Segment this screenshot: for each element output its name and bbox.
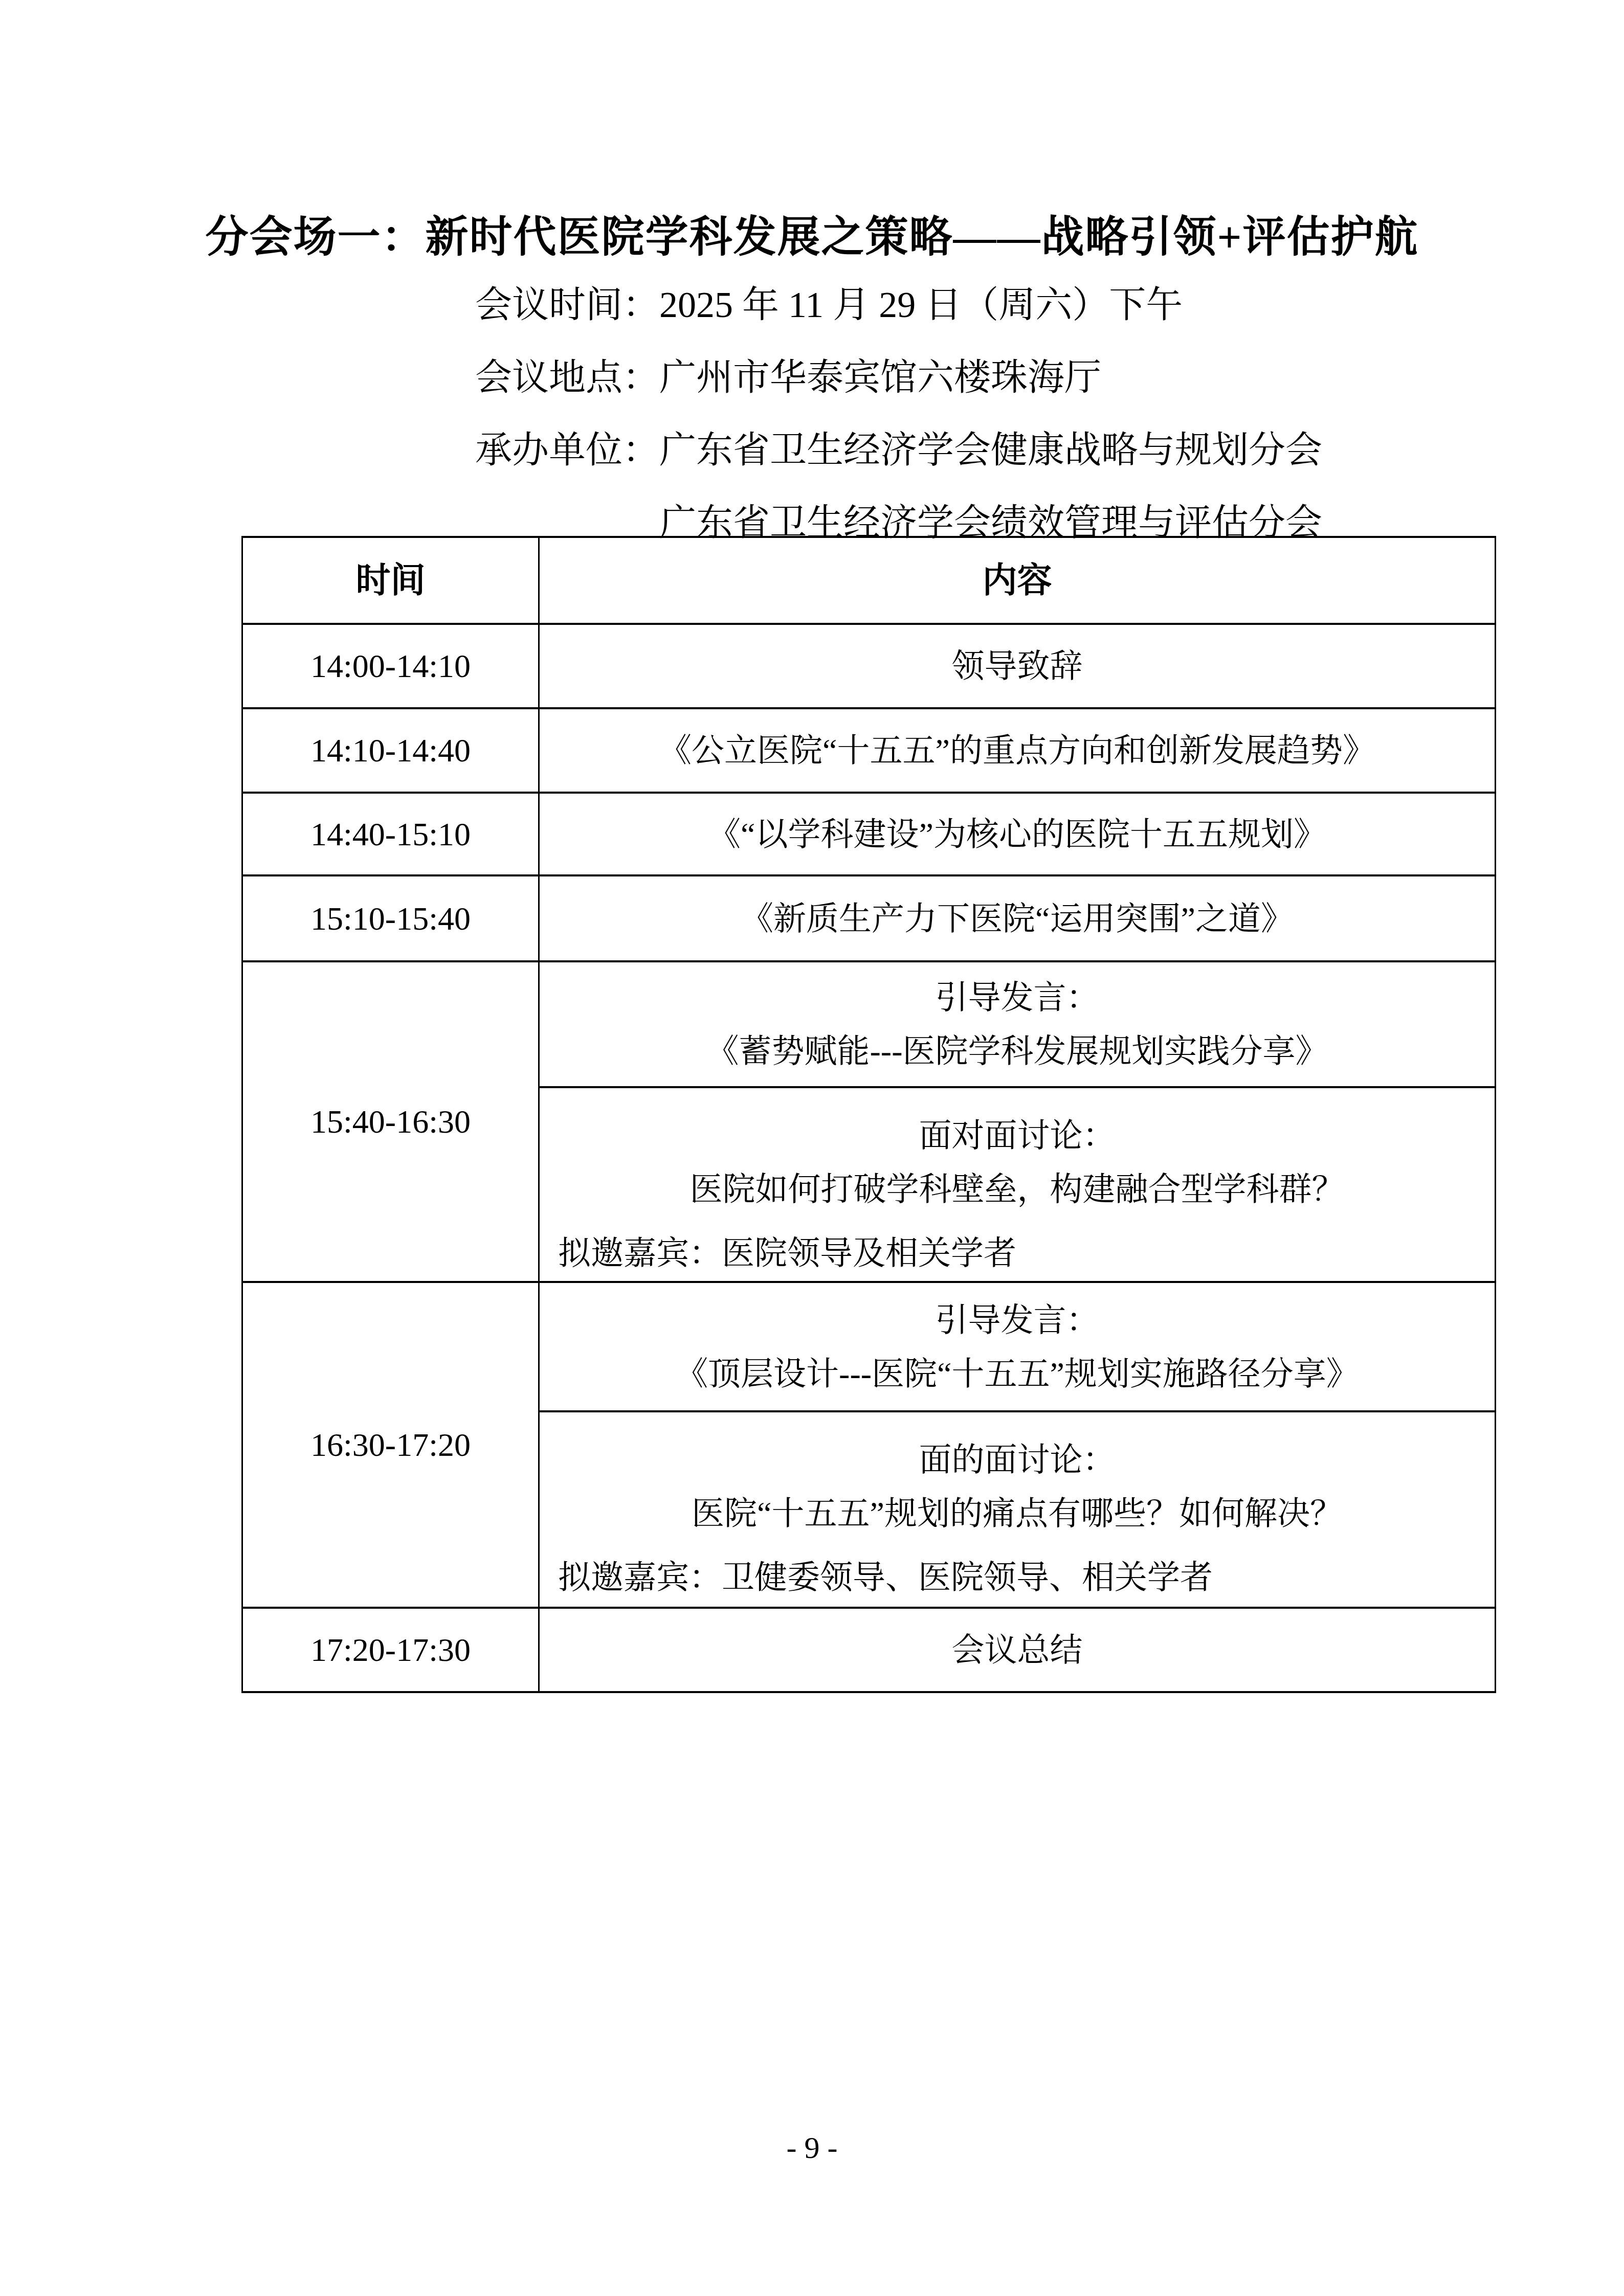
table-header-row: 时间 内容 bbox=[242, 537, 1496, 624]
meeting-venue-line: 会议地点：广州市华泰宾馆六楼珠海厅 bbox=[475, 341, 1322, 414]
table-row: 14:00-14:10 领导致辞 bbox=[242, 624, 1496, 708]
content-cell: 会议总结 bbox=[539, 1608, 1496, 1692]
table-header-content: 内容 bbox=[539, 537, 1496, 624]
meeting-venue-label: 会议地点： bbox=[475, 357, 659, 398]
table-row: 16:30-17:20 引导发言： 《顶层设计---医院“十五五”规划实施路径分… bbox=[242, 1282, 1496, 1411]
content-cell-discussion: 面对面讨论： 医院如何打破学科壁垒，构建融合型学科群？ 拟邀嘉宾：医院领导及相关… bbox=[539, 1087, 1496, 1282]
content-cell: 《“以学科建设”为核心的医院十五五规划》 bbox=[539, 793, 1496, 875]
page-title: 分会场一：新时代医院学科发展之策略——战略引领+评估护航 bbox=[0, 211, 1624, 264]
meeting-meta: 会议时间：2025 年 11 月 29 日（周六）下午 会议地点：广州市华泰宾馆… bbox=[475, 268, 1322, 559]
discussion-topic: 医院如何打破学科壁垒，构建融合型学科群？ bbox=[540, 1162, 1495, 1216]
discussion-label: 面对面讨论： bbox=[540, 1109, 1495, 1162]
table-row: 14:10-14:40 《公立医院“十五五”的重点方向和创新发展趋势》 bbox=[242, 708, 1496, 793]
meeting-time-value: 2025 年 11 月 29 日（周六）下午 bbox=[659, 284, 1183, 325]
organizer-label: 承办单位： bbox=[475, 430, 659, 470]
invited-guests: 拟邀嘉宾：医院领导及相关学者 bbox=[540, 1226, 1495, 1280]
time-cell: 16:30-17:20 bbox=[242, 1282, 539, 1608]
time-cell: 14:00-14:10 bbox=[242, 624, 539, 708]
content-cell: 领导致辞 bbox=[539, 624, 1496, 708]
page-number: - 9 - bbox=[0, 2130, 1624, 2166]
time-cell: 17:20-17:30 bbox=[242, 1608, 539, 1692]
lead-speech-label: 引导发言： bbox=[540, 971, 1495, 1024]
time-cell: 15:40-16:30 bbox=[242, 961, 539, 1282]
lead-speech-label: 引导发言： bbox=[540, 1293, 1495, 1347]
document-page: 分会场一：新时代医院学科发展之策略——战略引领+评估护航 会议时间：2025 年… bbox=[0, 0, 1624, 2296]
table-row: 14:40-15:10 《“以学科建设”为核心的医院十五五规划》 bbox=[242, 793, 1496, 875]
table-row: 15:40-16:30 引导发言： 《蓄势赋能---医院学科发展规划实践分享》 bbox=[242, 961, 1496, 1087]
content-cell-discussion: 面的面讨论： 医院“十五五”规划的痛点有哪些？如何解决？ 拟邀嘉宾：卫健委领导、… bbox=[539, 1411, 1496, 1608]
invited-guests: 拟邀嘉宾：卫健委领导、医院领导、相关学者 bbox=[540, 1550, 1495, 1604]
time-cell: 14:40-15:10 bbox=[242, 793, 539, 875]
meeting-time-label: 会议时间： bbox=[475, 284, 659, 325]
lead-speech-title: 《蓄势赋能---医院学科发展规划实践分享》 bbox=[540, 1024, 1495, 1078]
agenda-table: 时间 内容 14:00-14:10 领导致辞 14:10-14:40 《公立医院… bbox=[241, 536, 1496, 1693]
table-row: 17:20-17:30 会议总结 bbox=[242, 1608, 1496, 1692]
organizer-value-1: 广东省卫生经济学会健康战略与规划分会 bbox=[659, 430, 1322, 470]
time-cell: 14:10-14:40 bbox=[242, 708, 539, 793]
content-cell-lead-speech: 引导发言： 《蓄势赋能---医院学科发展规划实践分享》 bbox=[539, 961, 1496, 1087]
meeting-time-line: 会议时间：2025 年 11 月 29 日（周六）下午 bbox=[475, 268, 1322, 341]
meeting-venue-value: 广州市华泰宾馆六楼珠海厅 bbox=[659, 357, 1101, 398]
discussion-topic: 医院“十五五”规划的痛点有哪些？如何解决？ bbox=[540, 1487, 1495, 1540]
content-cell: 《新质生产力下医院“运用突围”之道》 bbox=[539, 875, 1496, 961]
content-cell: 《公立医院“十五五”的重点方向和创新发展趋势》 bbox=[539, 708, 1496, 793]
lead-speech-title: 《顶层设计---医院“十五五”规划实施路径分享》 bbox=[540, 1347, 1495, 1401]
table-header-time: 时间 bbox=[242, 537, 539, 624]
table-row: 15:10-15:40 《新质生产力下医院“运用突围”之道》 bbox=[242, 875, 1496, 961]
content-cell-lead-speech: 引导发言： 《顶层设计---医院“十五五”规划实施路径分享》 bbox=[539, 1282, 1496, 1411]
organizer-line-1: 承办单位：广东省卫生经济学会健康战略与规划分会 bbox=[475, 414, 1322, 486]
discussion-label: 面的面讨论： bbox=[540, 1433, 1495, 1487]
time-cell: 15:10-15:40 bbox=[242, 875, 539, 961]
